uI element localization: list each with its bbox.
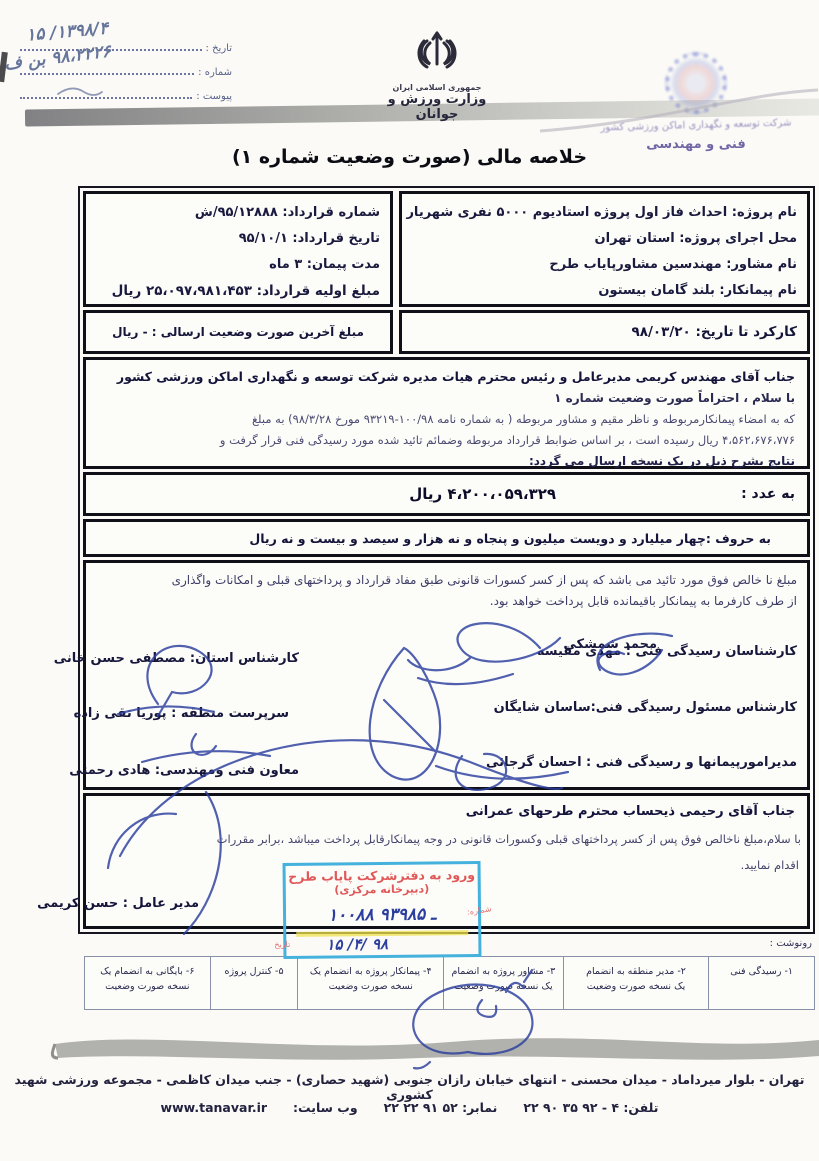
consultant-name: نام مشاور: مهندسین مشاورپایاب طرح <box>402 252 807 278</box>
contract-duration: مدت پیمان: ۳ ماه <box>86 252 390 278</box>
entry-stamp-line-1: ورود به دفترشرکت پایاب طرح <box>286 867 478 884</box>
payment-heading: جناب آقای رحیمی ذیحساب محترم طرحهای عمرا… <box>466 804 795 819</box>
amount-words: به حروف :چهار میلیارد و دویست میلیون و پ… <box>249 531 807 546</box>
entry-stamp-date-handwritten: ۹۸ /۴/ ۱۵ <box>326 935 388 954</box>
last-statement: مبلغ آخرین صورت وضعیت ارسالی : - ریال <box>102 325 374 339</box>
work-date-cell: کارکرد تا تاریخ: ۹۸/۰۳/۲۰ <box>399 310 810 354</box>
summary-table: نام پروژه: احداث فاز اول پروژه استادیوم … <box>78 186 815 934</box>
footer-address: تهران - بلوار میرداماد - میدان محسنی - ا… <box>0 1072 819 1102</box>
contracts-manager-label: مدیرامورپیمانها و رسیدگی فنی : احسان گرج… <box>486 755 797 770</box>
distribution-item: ۳- مشاور پروژه به انضمام یک نسخه صورت وض… <box>443 957 563 1009</box>
project-name: نام پروژه: احداث فاز اول پروژه استادیوم … <box>402 194 807 226</box>
distribution-item-line: ۵- کنترل پروژه <box>211 964 298 979</box>
last-statement-cell: مبلغ آخرین صورت وضعیت ارسالی : - ریال <box>83 310 393 354</box>
approval-line-2: از طرف کارفرما به پیمانکار باقیمانده قاب… <box>96 591 797 612</box>
signatures-cell: مبلغ نا خالص فوق مورد تائید می باشد که پ… <box>83 560 810 790</box>
letter-addressee: جناب آقای مهندس کریمی مدیرعامل و رئیس مح… <box>98 366 795 388</box>
amount-figures-label: به عدد : <box>741 486 807 502</box>
distribution-item-line: نسخه صورت وضعیت <box>85 979 210 994</box>
entry-stamp-line-2: (دبیرخانه مرکزی) <box>286 882 478 897</box>
company-stamp-block: شرکت توسعه و نگهداری اماکن ورزشی کشور فن… <box>585 52 807 152</box>
payment-line-2: اقدام نمایید. <box>741 858 799 872</box>
letter-body-3: نتایج بشرح ذیل در یک نسخه ارسال می گردد: <box>98 451 795 472</box>
distribution-label: رونوشت : <box>770 938 812 949</box>
registry-attachment-row: پیوست : <box>14 78 232 102</box>
distribution-item: ۵- کنترل پروژه <box>210 957 298 1009</box>
ministry-name: وزارت ورزش و جوانان <box>372 92 502 122</box>
iran-emblem-icon <box>414 28 460 78</box>
project-location: محل اجرای پروژه: استان تهران <box>402 226 807 252</box>
national-emblem-block: جمهوری اسلامی ایران وزارت ورزش و جوانان <box>372 28 502 122</box>
letter-salutation: با سلام ، احتراماً صورت وضعیت شماره ۱ <box>98 388 795 409</box>
deputy-label: معاون فنی ومهندسی: هادی رحمتی <box>69 763 299 778</box>
distribution-item-line: یک نسخه صورت وضعیت <box>564 979 709 994</box>
company-stamp-icon <box>665 52 727 114</box>
footer-website: www.tanavar.ir <box>161 1100 268 1115</box>
initial-amount: مبلغ اولیه قرارداد: ۲۵،۰۹۷،۹۸۱،۴۵۳ ریال <box>86 278 390 304</box>
distribution-item: ۶- بایگانی به انضمام یک نسخه صورت وضعیت <box>85 957 210 1009</box>
distribution-item-line: ۳- مشاور پروژه به انضمام <box>444 964 563 979</box>
country-name: جمهوری اسلامی ایران <box>372 83 502 92</box>
distribution-item: ۱- رسیدگی فنی <box>708 957 814 1009</box>
contract-number: شماره قرارداد: ۹۵/۱۲۸۸۸/ش <box>86 194 390 226</box>
number-label: شماره : <box>198 67 232 78</box>
letter-body-1: که به امضاء پیمانکارمربوطه و ناظر مقیم و… <box>98 409 795 430</box>
letter-body-cell: جناب آقای مهندس کریمی مدیرعامل و رئیس مح… <box>83 357 810 469</box>
payment-line-1: با سلام،مبلغ ناخالص فوق پس از کسر پرداخت… <box>92 832 801 846</box>
distribution-item-line: ۶- بایگانی به انضمام یک <box>85 964 210 979</box>
expert2-name: محمد شمشکی <box>563 637 657 652</box>
approval-paragraph: مبلغ نا خالص فوق مورد تائید می باشد که پ… <box>86 563 807 612</box>
attachment-label: پیوست : <box>196 91 232 102</box>
amount-words-cell: به حروف :چهار میلیارد و دویست میلیون و پ… <box>83 519 810 557</box>
distribution-item-line: ۴- پیمانکار پروژه به انضمام یک <box>298 964 443 979</box>
scanned-document-page: تاریخ : شماره : پیوست : ۱۳۹۸/۴/ ۱۵ ۹۸،۲۲… <box>0 0 819 1161</box>
state-expert-label: کارشناس استان: مصطفی حسن خانی <box>54 651 299 666</box>
scan-wave-band <box>0 1026 819 1074</box>
footer-web-label: وب سایت: <box>293 1100 358 1115</box>
distribution-table: ۱- رسیدگی فنی ۲- مدیر منطقه به انضمام یک… <box>84 956 815 1010</box>
distribution-item-line: ۱- رسیدگی فنی <box>709 964 814 979</box>
distribution-item-line: نسخه صورت وضعیت <box>298 979 443 994</box>
approval-line-1: مبلغ نا خالص فوق مورد تائید می باشد که پ… <box>96 570 797 591</box>
distribution-item-line: یک نسخه صورت وضعیت <box>444 979 563 994</box>
footer-contact-row: تلفن: ۴ - ۹۲ ۳۵ ۹۰ ۲۲ نمابر: ۵۲ ۹۱ ۲۲ ۲۲… <box>0 1100 819 1115</box>
attachment-dotted-line <box>20 89 192 99</box>
contract-date: تاریخ قرارداد: ۹۵/۱۰/۱ <box>86 226 390 252</box>
distribution-item: ۴- پیمانکار پروژه به انضمام یک نسخه صورت… <box>297 957 443 1009</box>
company-stamp-name: شرکت توسعه و نگهداری اماکن ورزشی کشور <box>585 117 807 134</box>
distribution-item: ۲- مدیر منطقه به انضمام یک نسخه صورت وضع… <box>563 957 709 1009</box>
letter-body-2: ۴،۵۶۲،۶۷۶،۷۷۶ ریال رسیده است ، بر اساس ض… <box>98 430 795 451</box>
entry-stamp-number-handwritten: ۱۰۰۸۸ ـ ۹۳۹۸۵ <box>292 904 472 926</box>
region-head-label: سرپرست منطقه : پوریا تقی زاده <box>74 706 289 721</box>
entry-stamp-date-label: تاریخ <box>274 940 290 949</box>
chief-expert-label: کارشناس مسئول رسیدگی فنی:ساسان شایگان <box>494 700 797 715</box>
dates-row: کارکرد تا تاریخ: ۹۸/۰۳/۲۰ مبلغ آخرین صور… <box>83 310 810 354</box>
ceo-signature-label: مدیر عامل : حسن کریمی <box>37 896 199 911</box>
amount-figures-cell: به عدد : ۴،۲۰۰،۰۵۹،۳۲۹ ریال <box>83 472 810 516</box>
work-date: کارکرد تا تاریخ: ۹۸/۰۳/۲۰ <box>621 324 807 340</box>
project-info-cell: نام پروژه: احداث فاز اول پروژه استادیوم … <box>399 191 810 307</box>
footer-fax: نمابر: ۵۲ ۹۱ ۲۲ ۲۲ <box>384 1100 498 1115</box>
entry-stamp: ورود به دفترشرکت پایاب طرح (دبیرخانه مرک… <box>283 861 482 959</box>
contract-terms-cell: شماره قرارداد: ۹۵/۱۲۸۸۸/ش تاریخ قرارداد:… <box>83 191 393 307</box>
info-row: نام پروژه: احداث فاز اول پروژه استادیوم … <box>83 191 810 307</box>
distribution-item-line: ۲- مدیر منطقه به انضمام <box>564 964 709 979</box>
amount-figures-value: ۴،۲۰۰،۰۵۹،۳۲۹ ریال <box>409 485 556 503</box>
date-label: تاریخ : <box>206 43 232 54</box>
contractor-name: نام پیمانکار: بلند گامان بیستون <box>402 278 807 304</box>
document-title: خلاصه مالی (صورت وضعیت شماره ۱) <box>0 146 819 168</box>
footer-phone: تلفن: ۴ - ۹۲ ۳۵ ۹۰ ۲۲ <box>523 1100 658 1115</box>
